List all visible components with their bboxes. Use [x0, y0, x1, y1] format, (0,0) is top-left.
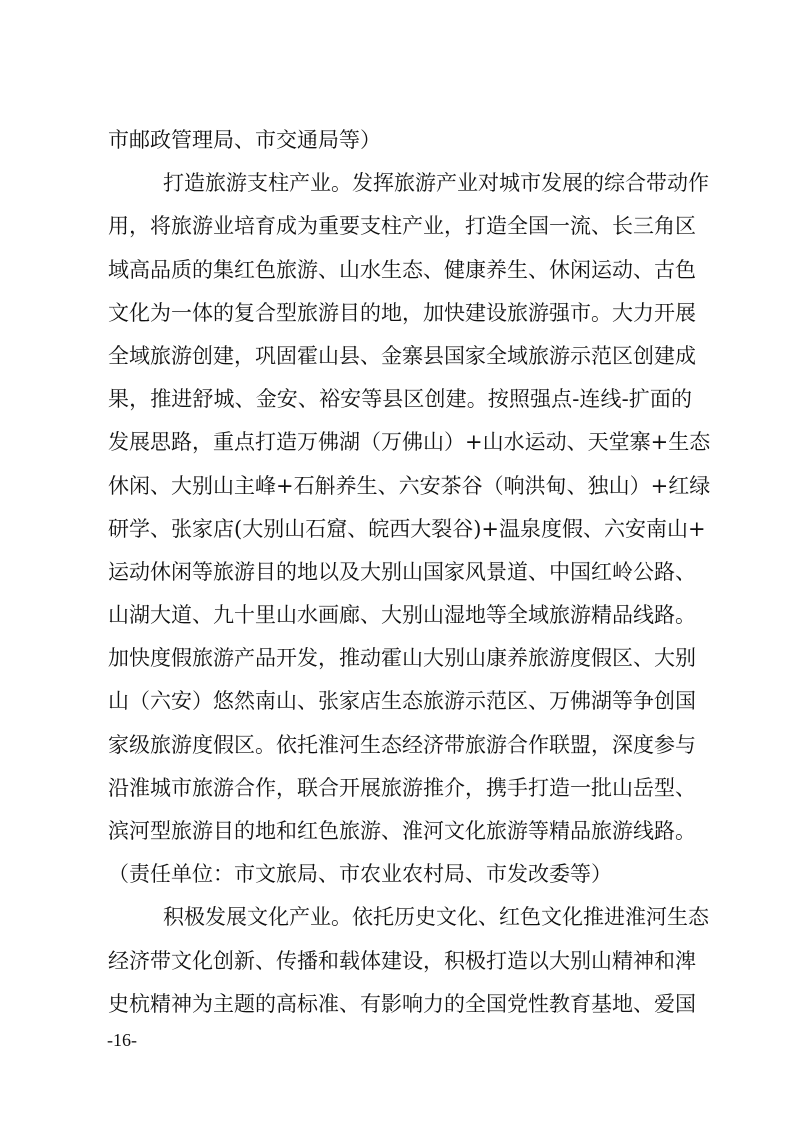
- page-number: -16-: [107, 1028, 137, 1052]
- text-line: 域高品质的集红色旅游、山水生态、健康养生、休闲运动、古色: [108, 254, 692, 297]
- responsibility-line: （责任单位：市文旅局、市农业农村局、市发改委等）: [108, 858, 692, 901]
- text-line: 山湖大道、九十里山水画廊、大别山湿地等全域旅游精品线路。: [108, 599, 692, 642]
- paragraph-heading-line: 打造旅游支柱产业。发挥旅游产业对城市发展的综合带动作: [108, 167, 692, 210]
- text-line: 加快度假旅游产品开发，推动霍山大别山康养旅游度假区、大别: [108, 642, 692, 685]
- text-line: 家级旅游度假区。依托淮河生态经济带旅游合作联盟，深度参与: [108, 729, 692, 772]
- text-line: 发展思路，重点打造万佛湖（万佛山）+山水运动、天堂寨+生态: [108, 426, 692, 469]
- text-line: 山（六安）悠然南山、张家店生态旅游示范区、万佛湖等争创国: [108, 685, 692, 728]
- text-line: 用，将旅游业培育成为重要支柱产业，打造全国一流、长三角区: [108, 210, 692, 253]
- body-text: 市邮政管理局、市交通局等） 打造旅游支柱产业。发挥旅游产业对城市发展的综合带动作…: [108, 124, 692, 1031]
- text-line: 市邮政管理局、市交通局等）: [108, 124, 692, 167]
- text-line: 研学、张家店(大别山石窟、皖西大裂谷)+温泉度假、六安南山+: [108, 513, 692, 556]
- text-line: 果，推进舒城、金安、裕安等县区创建。按照强点-连线-扩面的: [108, 383, 692, 426]
- text-line: 文化为一体的复合型旅游目的地，加快建设旅游强市。大力开展: [108, 297, 692, 340]
- text-line: 沿淮城市旅游合作，联合开展旅游推介，携手打造一批山岳型、: [108, 772, 692, 815]
- text-line: 运动休闲等旅游目的地以及大别山国家风景道、中国红岭公路、: [108, 556, 692, 599]
- text-line: 史杭精神为主题的高标准、有影响力的全国党性教育基地、爱国: [108, 988, 692, 1031]
- document-page: 市邮政管理局、市交通局等） 打造旅游支柱产业。发挥旅游产业对城市发展的综合带动作…: [0, 0, 793, 1122]
- paragraph-heading-line: 积极发展文化产业。依托历史文化、红色文化推进淮河生态: [108, 901, 692, 944]
- text-line: 休闲、大别山主峰+石斛养生、六安茶谷（响洪甸、独山）+红绿: [108, 470, 692, 513]
- text-line: 滨河型旅游目的地和红色旅游、淮河文化旅游等精品旅游线路。: [108, 815, 692, 858]
- text-line: 全域旅游创建，巩固霍山县、金寨县国家全域旅游示范区创建成: [108, 340, 692, 383]
- text-line: 经济带文化创新、传播和载体建设，积极打造以大别山精神和渒: [108, 945, 692, 988]
